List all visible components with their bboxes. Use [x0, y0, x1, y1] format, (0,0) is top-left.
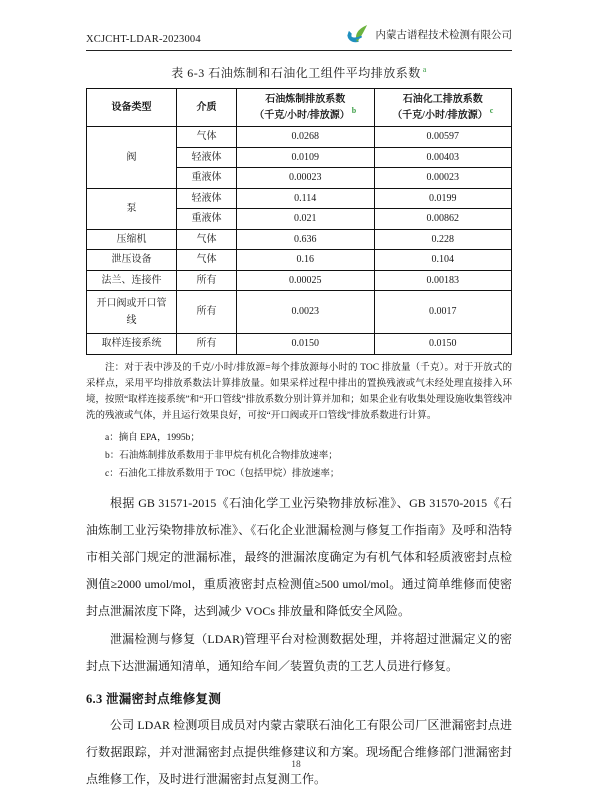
petrochem-value: 0.104	[374, 250, 512, 271]
medium-cell: 气体	[177, 127, 237, 148]
header-brand: 内蒙古谱程技术检测有限公司	[346, 24, 513, 45]
petrochem-value: 0.00597	[374, 127, 512, 148]
medium-cell: 所有	[177, 270, 237, 291]
table-title-superscript: a	[423, 65, 427, 74]
company-logo-icon	[346, 24, 369, 45]
company-name: 内蒙古谱程技术检测有限公司	[376, 27, 513, 42]
document-number: XCJCHT-LDAR-2023004	[86, 34, 201, 45]
table-title: 表 6-3 石油炼制和石油化工组件平均排放系数a	[86, 64, 512, 81]
col-header-medium: 介质	[177, 89, 237, 127]
refining-value: 0.114	[237, 188, 375, 209]
petrochem-value: 0.228	[374, 229, 512, 250]
table-row: 取样连接系统 所有 0.0150 0.0150	[87, 334, 512, 355]
table-row: 阀 气体 0.0268 0.00597	[87, 127, 512, 148]
medium-cell: 轻液体	[177, 188, 237, 209]
refining-value: 0.636	[237, 229, 375, 250]
footnote-a: a：摘自 EPA，1995b；	[86, 429, 512, 447]
document-page: XCJCHT-LDAR-2023004 内蒙古谱程技术检测有限公司 表 6-3 …	[0, 0, 592, 812]
table-title-text: 表 6-3 石油炼制和石油化工组件平均排放系数	[171, 66, 421, 80]
petrochem-superscript: c	[490, 106, 494, 115]
table-row: 开口阀或开口管线 所有 0.0023 0.0017	[87, 291, 512, 334]
petrochem-value: 0.00023	[374, 168, 512, 189]
petrochem-value: 0.0199	[374, 188, 512, 209]
device-cell: 阀	[87, 127, 177, 189]
table-header-row: 设备类型 介质 石油炼制排放系数 （千克/小时/排放源）b 石油化工排放系数 （…	[87, 89, 512, 127]
table-row: 泵 轻液体 0.114 0.0199	[87, 188, 512, 209]
table-footnotes: a：摘自 EPA，1995b； b：石油炼制排放系数用于非甲烷有机化合物排放速率…	[86, 429, 512, 483]
paragraph-ldar-platform: 泄漏检测与修复（LDAR)管理平台对检测数据处理，并将超过泄漏定义的密封点下达泄…	[86, 626, 512, 680]
device-cell: 取样连接系统	[87, 334, 177, 355]
col-header-petrochem: 石油化工排放系数 （千克/小时/排放源）c	[374, 89, 512, 127]
medium-cell: 轻液体	[177, 147, 237, 168]
medium-cell: 气体	[177, 250, 237, 271]
device-cell: 泄压设备	[87, 250, 177, 271]
petrochem-value: 0.00403	[374, 147, 512, 168]
refining-superscript: b	[352, 106, 356, 115]
col-header-device: 设备类型	[87, 89, 177, 127]
device-cell: 开口阀或开口管线	[87, 291, 177, 334]
petrochem-value: 0.0017	[374, 291, 512, 334]
refining-value: 0.0150	[237, 334, 375, 355]
paragraph-standards: 根据 GB 31571-2015《石油化学工业污染物排放标准》、GB 31570…	[86, 490, 512, 625]
table-row: 法兰、连接件 所有 0.00025 0.00183	[87, 270, 512, 291]
footnote-c: c：石油化工排放系数用于 TOC（包括甲烷）排放速率；	[86, 465, 512, 483]
refining-value: 0.0109	[237, 147, 375, 168]
medium-cell: 所有	[177, 334, 237, 355]
refining-value: 0.00023	[237, 168, 375, 189]
device-cell: 法兰、连接件	[87, 270, 177, 291]
page-header: XCJCHT-LDAR-2023004 内蒙古谱程技术检测有限公司	[86, 0, 512, 51]
table-row: 压缩机 气体 0.636 0.228	[87, 229, 512, 250]
col-header-refining: 石油炼制排放系数 （千克/小时/排放源）b	[237, 89, 375, 127]
refining-value: 0.0268	[237, 127, 375, 148]
refining-value: 0.0023	[237, 291, 375, 334]
emission-factor-table: 设备类型 介质 石油炼制排放系数 （千克/小时/排放源）b 石油化工排放系数 （…	[86, 88, 512, 355]
paragraph-repair-retest: 公司 LDAR 检测项目成员对内蒙古蒙联石油化工有限公司厂区泄漏密封点进行数据跟…	[86, 712, 512, 793]
section-heading-6-3: 6.3 泄漏密封点维修复测	[86, 689, 512, 707]
petrochem-value: 0.00183	[374, 270, 512, 291]
refining-value: 0.021	[237, 209, 375, 230]
refining-value: 0.16	[237, 250, 375, 271]
table-row: 泄压设备 气体 0.16 0.104	[87, 250, 512, 271]
table-note: 注：对于表中涉及的千克/小时/排放源=每个排放源每小时的 TOC 排放量（千克）…	[86, 360, 512, 424]
medium-cell: 所有	[177, 291, 237, 334]
petrochem-value: 0.00862	[374, 209, 512, 230]
page-number: 18	[0, 760, 592, 770]
petrochem-value: 0.0150	[374, 334, 512, 355]
footnote-b: b：石油炼制排放系数用于非甲烷有机化合物排放速率；	[86, 447, 512, 465]
medium-cell: 重液体	[177, 168, 237, 189]
device-cell: 泵	[87, 188, 177, 229]
refining-value: 0.00025	[237, 270, 375, 291]
medium-cell: 重液体	[177, 209, 237, 230]
device-cell: 压缩机	[87, 229, 177, 250]
medium-cell: 气体	[177, 229, 237, 250]
